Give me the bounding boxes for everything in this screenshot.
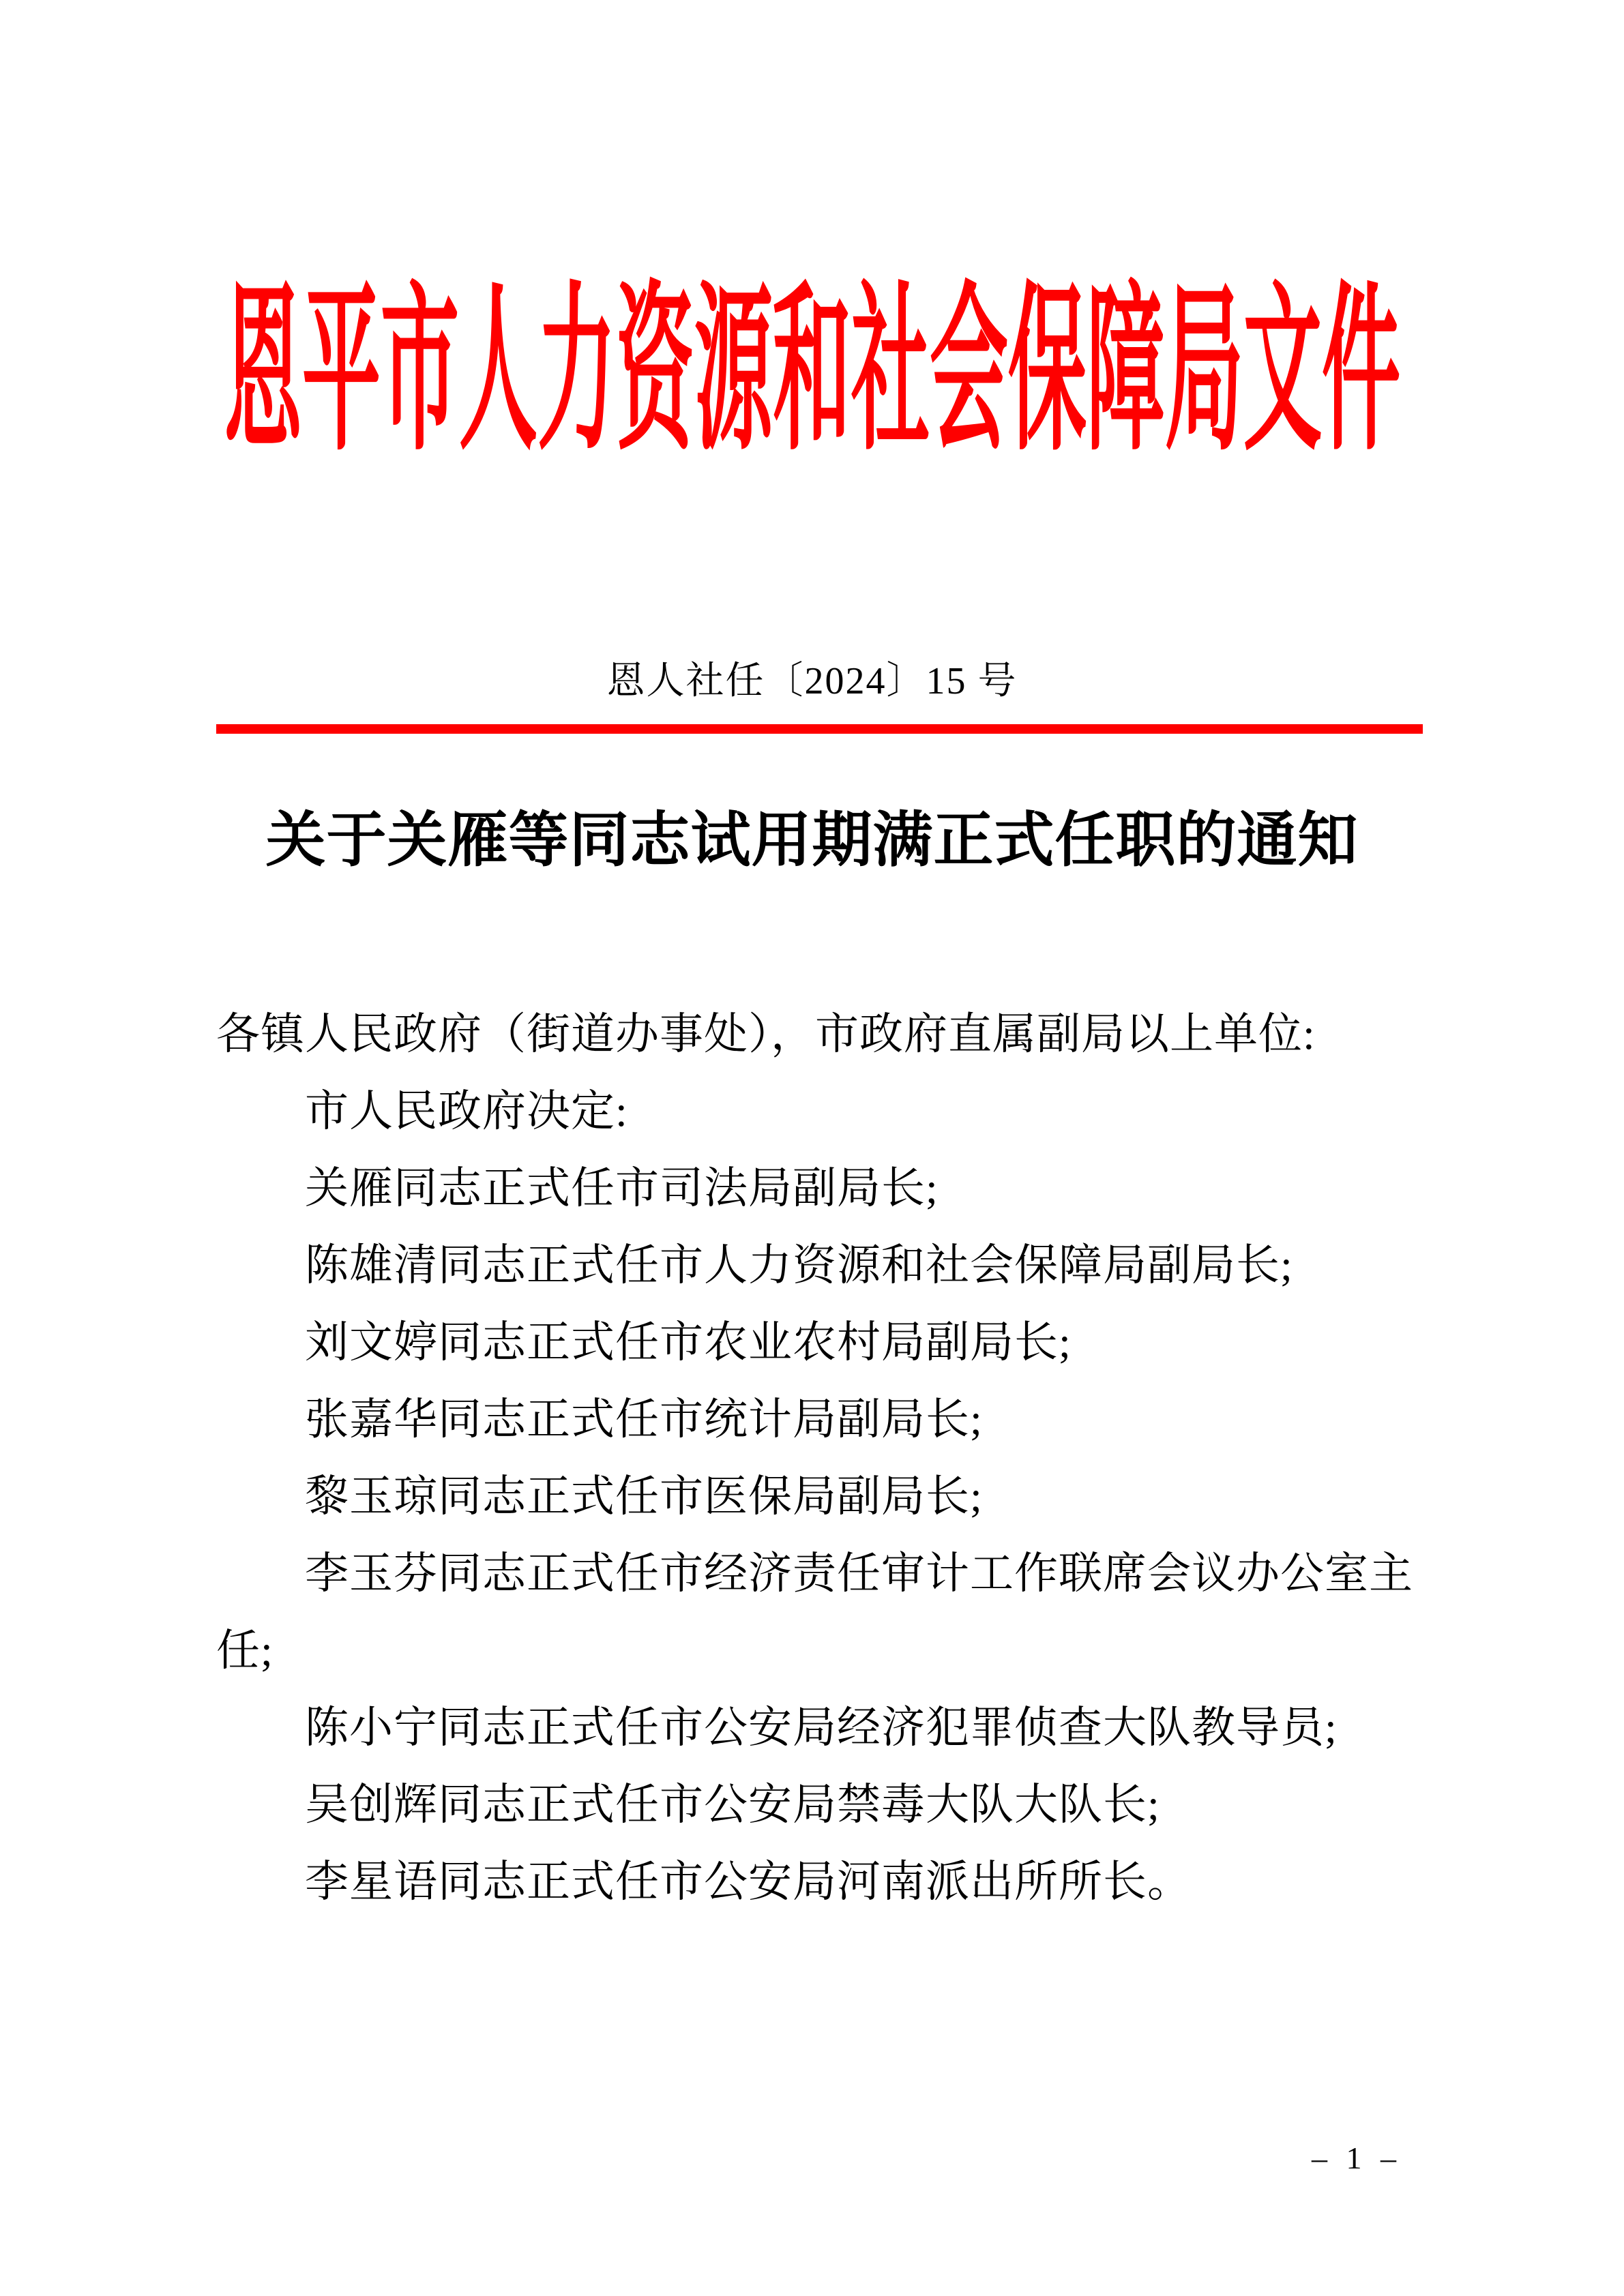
body-line: 张嘉华同志正式任市统计局副局长; [216,1381,1437,1458]
body-line: 关雁同志正式任市司法局副局长; [216,1150,1437,1227]
body-line: 刘文婷同志正式任市农业农村局副局长; [216,1304,1437,1381]
red-header-banner: 恩平市人力资源和社会保障局文件 [0,286,1624,457]
body-line: 李玉芬同志正式任市经济责任审计工作联席会议办公室主 [216,1535,1437,1612]
issuing-agency-banner-text: 恩平市人力资源和社会保障局文件 [224,282,1400,462]
body-line: 陈雄清同志正式任市人力资源和社会保障局副局长; [216,1227,1437,1304]
body-line: 任; [216,1612,1437,1689]
body-line: 各镇人民政府（街道办事处），市政府直属副局以上单位: [216,996,1437,1073]
red-divider-line [216,724,1423,734]
page-number: – 1 – [1312,2140,1402,2176]
document-page: 恩平市人力资源和社会保障局文件 恩人社任〔2024〕15 号 关于关雁等同志试用… [0,0,1624,2296]
document-body: 各镇人民政府（街道办事处），市政府直属副局以上单位:市人民政府决定:关雁同志正式… [216,996,1437,1920]
document-title: 关于关雁等同志试用期满正式任职的通知 [0,809,1624,875]
body-line: 李星语同志正式任市公安局河南派出所所长。 [216,1843,1437,1920]
document-reference-number: 恩人社任〔2024〕15 号 [0,660,1624,702]
body-line: 黎玉琼同志正式任市医保局副局长; [216,1458,1437,1535]
body-line: 市人民政府决定: [216,1073,1437,1150]
body-line: 陈小宁同志正式任市公安局经济犯罪侦查大队教导员; [216,1689,1437,1766]
body-line: 吴创辉同志正式任市公安局禁毒大队大队长; [216,1766,1437,1843]
